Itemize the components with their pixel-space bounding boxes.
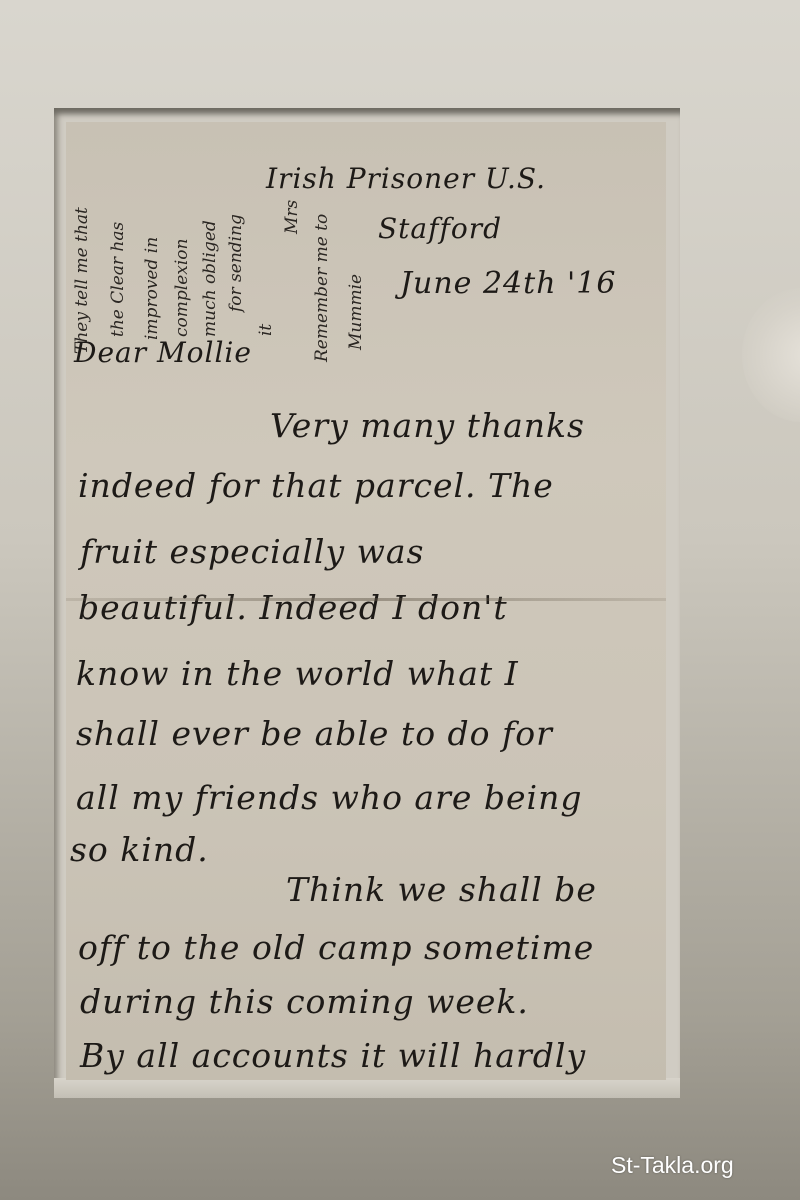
salutation: Dear Mollie — [74, 336, 252, 369]
body-line: Very many thanks — [270, 406, 585, 445]
body-line: fruit especially was — [80, 532, 424, 571]
margin-note: Remember me to — [312, 214, 332, 362]
margin-note: improved in — [142, 237, 162, 340]
margin-note: complexion — [172, 239, 192, 337]
wall-light-reflection — [742, 288, 800, 422]
handwritten-letter: They tell me that the Clear has improved… — [66, 122, 666, 1080]
address-line-1: Irish Prisoner U.S. — [266, 162, 546, 195]
margin-note: much obliged — [200, 220, 220, 337]
body-line: indeed for that parcel. The — [78, 466, 554, 505]
margin-note: the Clear has — [108, 222, 128, 337]
body-line: know in the world what I — [76, 654, 519, 693]
watermark: St-Takla.org — [611, 1152, 734, 1179]
body-line: beautiful. Indeed I don't — [78, 588, 508, 627]
body-line: By all accounts it will hardly — [80, 1036, 586, 1075]
margin-note: Mummie — [346, 274, 366, 350]
address-line-2: Stafford — [378, 212, 502, 245]
body-line: Think we shall be — [286, 870, 597, 909]
margin-note: Mrs — [282, 200, 302, 234]
margin-note: for sending — [226, 214, 246, 312]
body-line: during this coming week. — [80, 982, 529, 1021]
body-line: all my friends who are being — [76, 778, 582, 817]
body-line: shall ever be able to do for — [76, 714, 553, 753]
body-line: so kind. — [70, 830, 209, 869]
margin-note: it — [256, 324, 276, 336]
letter-date: June 24th '16 — [400, 266, 616, 301]
margin-note: They tell me that — [72, 207, 92, 354]
frame-mat-bevel — [54, 1078, 680, 1098]
body-line: off to the old camp sometime — [78, 928, 594, 967]
